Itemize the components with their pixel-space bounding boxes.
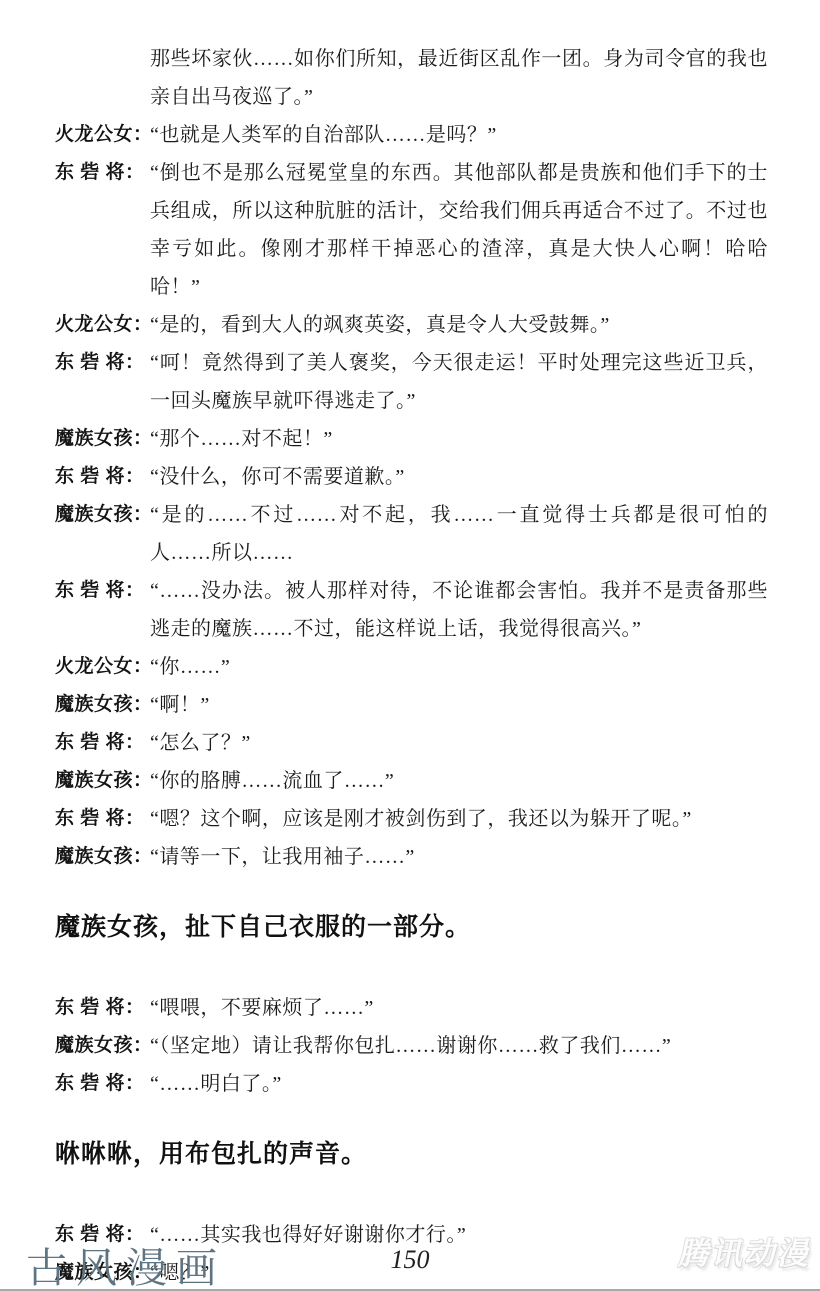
- speaker-name: 东 砦 将：: [55, 724, 150, 762]
- dialogue-text: “是的……不过……对不起，我……一直觉得士兵都是很可怕的人……所以……: [150, 496, 768, 572]
- stage-direction: 魔族女孩，扯下自己衣服的一部分。: [55, 907, 768, 947]
- dialogue-text: “请等一下，让我用袖子……”: [150, 838, 768, 876]
- dialogue-entry: 火龙公女： “也就是人类军的自治部队……是吗？”: [55, 116, 768, 154]
- dialogue-entry: 魔族女孩： “（坚定地）请让我帮你包扎……谢谢你……救了我们……”: [55, 1027, 768, 1065]
- dialogue-entry: 东 砦 将： “嗯？这个啊，应该是刚才被剑伤到了，我还以为躲开了呢。”: [55, 800, 768, 838]
- speaker-name: 东 砦 将：: [55, 800, 150, 838]
- dialogue-entry: 东 砦 将： “……没办法。被人那样对待，不论谁都会害怕。我并不是责备那些逃走的…: [55, 572, 768, 648]
- dialogue-entry: 魔族女孩： “请等一下，让我用袖子……”: [55, 838, 768, 876]
- dialogue-entry: 东 砦 将： “呵！竟然得到了美人褒奖，今天很走运！平时处理完这些近卫兵，一回头…: [55, 344, 768, 420]
- dialogue-text: “怎么了？”: [150, 724, 768, 762]
- dialogue-entry: 魔族女孩： “是的……不过……对不起，我……一直觉得士兵都是很可怕的人……所以……: [55, 496, 768, 572]
- dialogue-entry: 东 砦 将： “……明白了。”: [55, 1065, 768, 1103]
- dialogue-text: “嗯？这个啊，应该是刚才被剑伤到了，我还以为躲开了呢。”: [150, 800, 768, 838]
- dialogue-text: “也就是人类军的自治部队……是吗？”: [150, 116, 768, 154]
- dialogue-entry: 魔族女孩： “啊！”: [55, 686, 768, 724]
- speaker-name: 东 砦 将：: [55, 572, 150, 610]
- dialogue-text: “没什么，你可不需要道歉。”: [150, 458, 768, 496]
- dialogue-entry: 东 砦 将： “怎么了？”: [55, 724, 768, 762]
- dialogue-text: “（坚定地）请让我帮你包扎……谢谢你……救了我们……”: [150, 1027, 768, 1065]
- dialogue-entry: 那些坏家伙……如你们所知，最近街区乱作一团。身为司令官的我也亲自出马夜巡了。”: [55, 40, 768, 116]
- dialogue-entry: 火龙公女： “你……”: [55, 648, 768, 686]
- speaker-name: 魔族女孩：: [55, 1027, 150, 1065]
- dialogue-text: “……明白了。”: [150, 1065, 768, 1103]
- dialogue-text: “你……”: [150, 648, 768, 686]
- dialogue-entry: 火龙公女： “是的，看到大人的飒爽英姿，真是令人大受鼓舞。”: [55, 306, 768, 344]
- dialogue-text: “……没办法。被人那样对待，不论谁都会害怕。我并不是责备那些逃走的魔族……不过，…: [150, 572, 768, 648]
- speaker-name: 魔族女孩：: [55, 762, 150, 800]
- dialogue-entry: 东 砦 将： “倒也不是那么冠冕堂皇的东西。其他部队都是贵族和他们手下的士兵组成…: [55, 154, 768, 306]
- dialogue-text: “你的胳膊……流血了……”: [150, 762, 768, 800]
- dialogue-text: “啊！”: [150, 686, 768, 724]
- speaker-name: 东 砦 将：: [55, 458, 150, 496]
- speaker-name: 魔族女孩：: [55, 420, 150, 458]
- speaker-name: 东 砦 将：: [55, 989, 150, 1027]
- dialogue-text: “喂喂，不要麻烦了……”: [150, 989, 768, 1027]
- script-page: 那些坏家伙……如你们所知，最近街区乱作一团。身为司令官的我也亲自出马夜巡了。” …: [55, 40, 768, 1291]
- speaker-name: 东 砦 将：: [55, 344, 150, 382]
- speaker-name: 魔族女孩：: [55, 838, 150, 876]
- dialogue-text: “是的，看到大人的飒爽英姿，真是令人大受鼓舞。”: [150, 306, 768, 344]
- dialogue-entry: 东 砦 将： “没什么，你可不需要道歉。”: [55, 458, 768, 496]
- dialogue-text: “那个……对不起！”: [150, 420, 768, 458]
- dialogue-text: “呵！竟然得到了美人褒奖，今天很走运！平时处理完这些近卫兵，一回头魔族早就吓得逃…: [150, 344, 768, 420]
- dialogue-text: 那些坏家伙……如你们所知，最近街区乱作一团。身为司令官的我也亲自出马夜巡了。”: [150, 40, 768, 116]
- speaker-name: 火龙公女：: [55, 648, 150, 686]
- tencent-comics-watermark: 腾讯动漫: [676, 1237, 815, 1271]
- stage-direction: 咻咻咻，用布包扎的声音。: [55, 1134, 768, 1174]
- dialogue-entry: 东 砦 将： “喂喂，不要麻烦了……”: [55, 989, 768, 1027]
- dialogue-entry: 魔族女孩： “那个……对不起！”: [55, 420, 768, 458]
- speaker-name: 火龙公女：: [55, 306, 150, 344]
- speaker-name: 东 砦 将：: [55, 1065, 150, 1103]
- speaker-name: 火龙公女：: [55, 116, 150, 154]
- speaker-name: 东 砦 将：: [55, 154, 150, 192]
- dialogue-text: “倒也不是那么冠冕堂皇的东西。其他部队都是贵族和他们手下的士兵组成，所以这种肮脏…: [150, 154, 768, 306]
- dialogue-entry: 魔族女孩： “你的胳膊……流血了……”: [55, 762, 768, 800]
- speaker-name: 魔族女孩：: [55, 496, 150, 534]
- speaker-name: 魔族女孩：: [55, 686, 150, 724]
